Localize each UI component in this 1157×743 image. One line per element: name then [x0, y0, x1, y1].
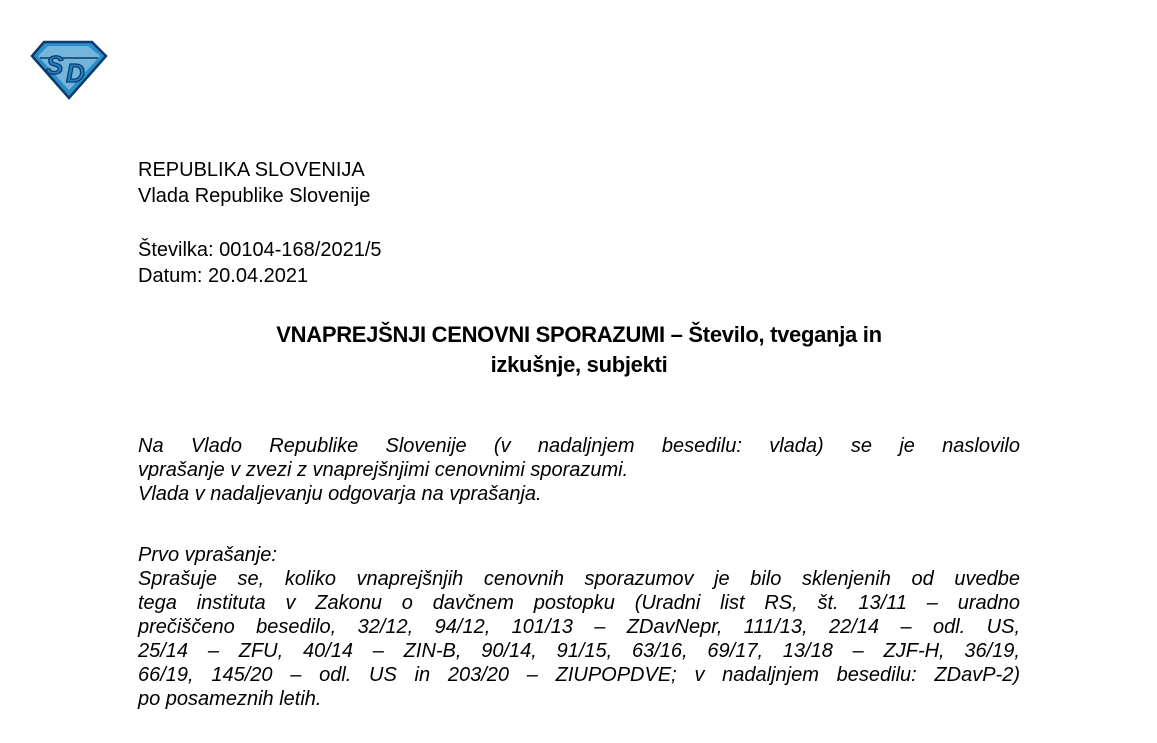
document-meta: Številka: 00104-168/2021/5 Datum: 20.04.…: [138, 237, 382, 289]
question-1-section: Prvo vprašanje: Sprašuje se, koliko vnap…: [138, 543, 1020, 711]
question-1-heading: Prvo vprašanje:: [138, 543, 1020, 567]
intro-line-2: vprašanje v zvezi z vnaprejšnjimi cenovn…: [138, 458, 1020, 482]
document-date: Datum: 20.04.2021: [138, 263, 382, 289]
svg-text:D: D: [66, 58, 85, 88]
question-1-line: prečiščeno besedilo, 32/12, 94/12, 101/1…: [138, 615, 1020, 639]
title-line-1: VNAPREJŠNJI CENOVNI SPORAZUMI – Število,…: [138, 320, 1020, 350]
institution-name: Vlada Republike Slovenije: [138, 183, 370, 209]
svg-text:S: S: [46, 50, 64, 80]
question-1-line: 25/14 – ZFU, 40/14 – ZIN-B, 90/14, 91/15…: [138, 639, 1020, 663]
question-1-line: 66/19, 145/20 – odl. US in 203/20 – ZIUP…: [138, 663, 1020, 687]
country-name: REPUBLIKA SLOVENIJA: [138, 157, 370, 183]
question-1-line: Sprašuje se, koliko vnaprejšnjih cenovni…: [138, 567, 1020, 591]
question-1-line: po posameznih letih.: [138, 687, 1020, 711]
document-number: Številka: 00104-168/2021/5: [138, 237, 382, 263]
document-title: VNAPREJŠNJI CENOVNI SPORAZUMI – Število,…: [138, 320, 1020, 380]
question-1-line: tega instituta v Zakonu o davčnem postop…: [138, 591, 1020, 615]
title-line-2: izkušnje, subjekti: [138, 350, 1020, 380]
letterhead: REPUBLIKA SLOVENIJA Vlada Republike Slov…: [138, 157, 370, 209]
intro-line-1: Na Vlado Republike Slovenije (v nadaljnj…: [138, 434, 1020, 458]
intro-paragraph: Na Vlado Republike Slovenije (v nadaljnj…: [138, 434, 1020, 506]
intro-line-3: Vlada v nadaljevanju odgovarja na vpraša…: [138, 482, 1020, 506]
sd-logo-icon: S D: [30, 38, 108, 100]
